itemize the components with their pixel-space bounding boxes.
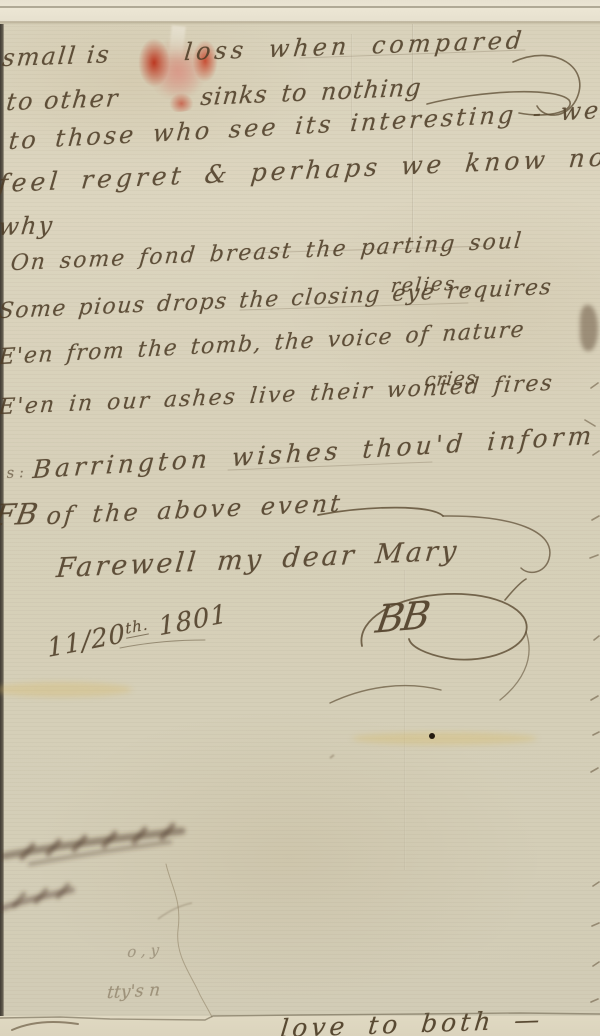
top-edge-shadow bbox=[0, 21, 600, 25]
paper-stain bbox=[352, 732, 537, 745]
signature-initials: BB bbox=[373, 592, 432, 641]
ink-dot bbox=[429, 733, 435, 739]
cropped-word-fragment: s : bbox=[6, 463, 24, 482]
top-sheet-edge bbox=[0, 0, 600, 22]
letter-line: to other bbox=[5, 84, 121, 116]
monogram-initials: FB bbox=[0, 496, 41, 532]
date-ordinal: th. bbox=[125, 615, 150, 639]
letter-scan: small is loss when compared to other sin… bbox=[0, 0, 600, 1036]
ghost-text: tty's n bbox=[106, 980, 161, 1003]
ghost-text: o , y bbox=[127, 941, 160, 961]
top-sheet-line bbox=[0, 6, 600, 8]
letter-line: small is bbox=[1, 40, 112, 72]
letter-line: why bbox=[0, 211, 56, 241]
ink-smudge bbox=[580, 305, 598, 351]
